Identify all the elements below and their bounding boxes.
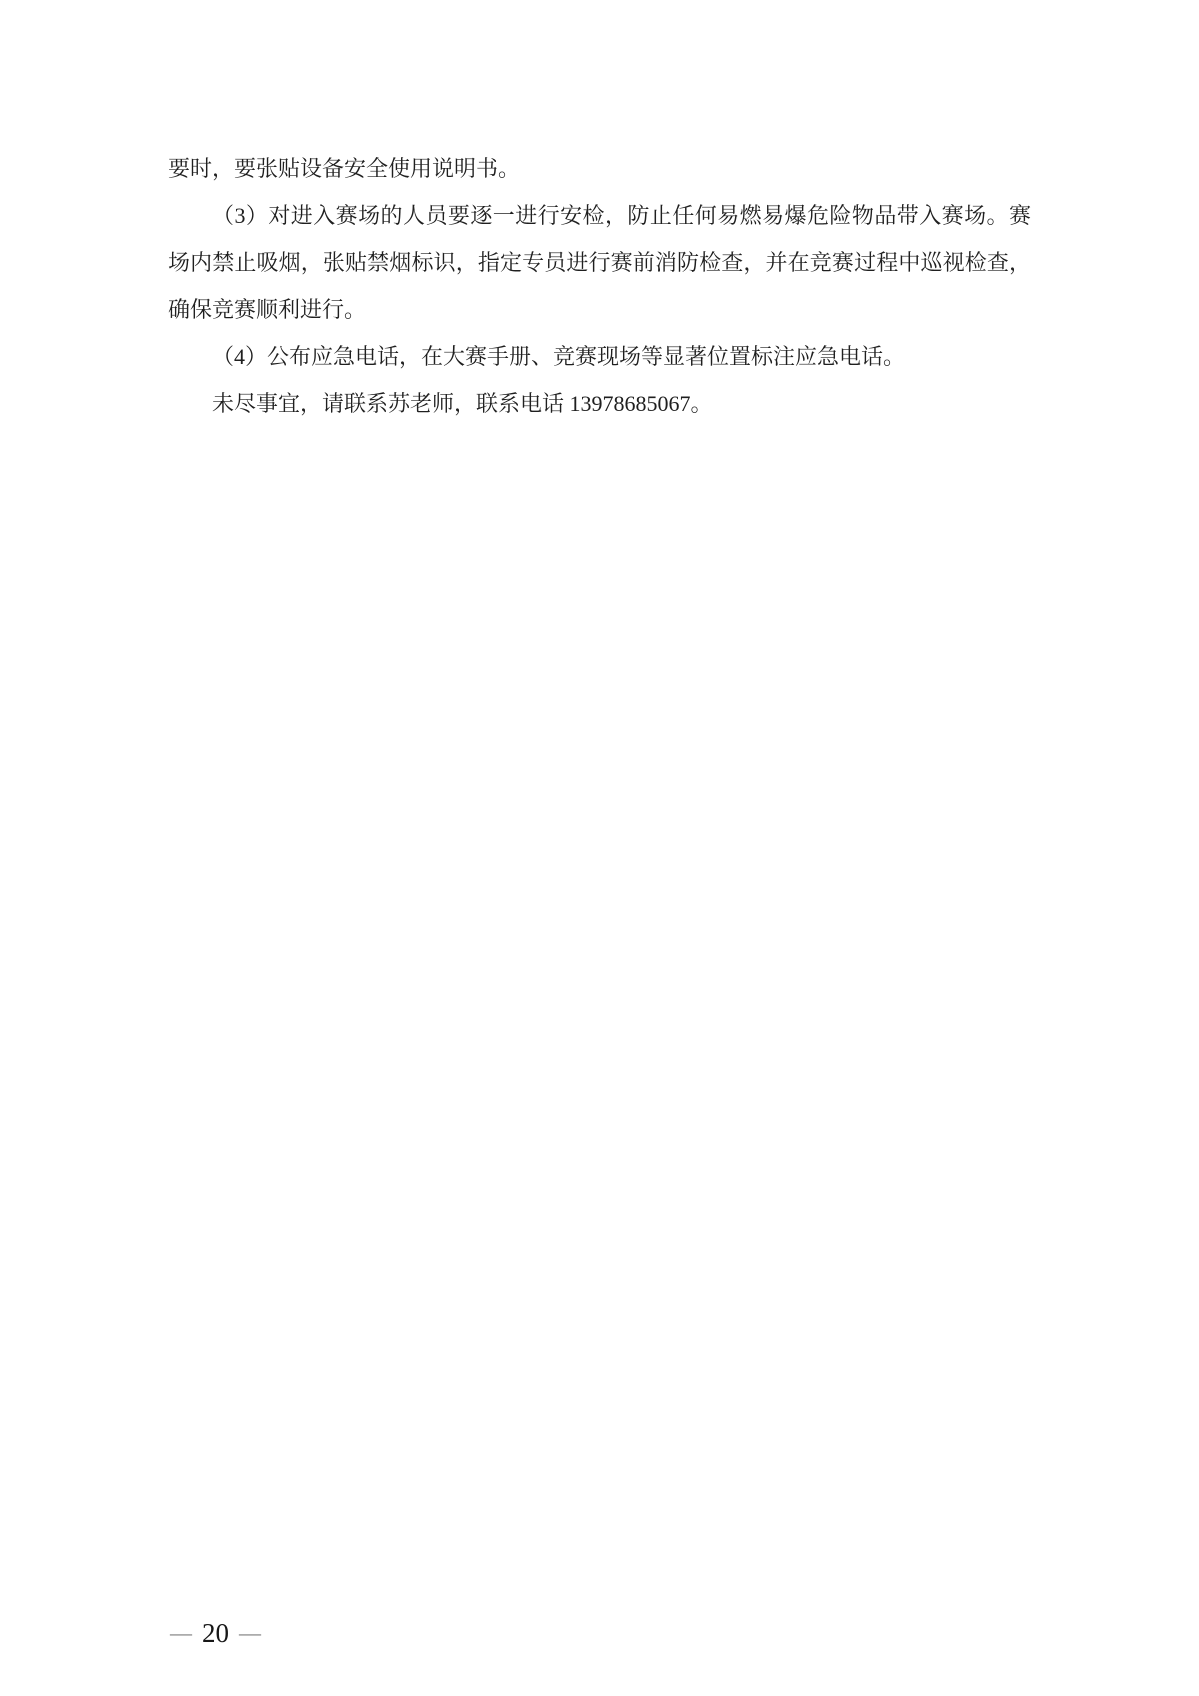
page-number-footer: — 20 — [170, 1616, 261, 1650]
document-page: 要时，要张贴设备安全使用说明书。 （3）对进入赛场的人员要逐一进行安检，防止任何… [0, 0, 1199, 1696]
page-number-right-dash: — [239, 1622, 261, 1644]
paragraph-continuation: 要时，要张贴设备安全使用说明书。 [168, 145, 1031, 192]
page-number-left-dash: — [170, 1622, 192, 1644]
paragraph-item-4: （4）公布应急电话，在大赛手册、竞赛现场等显著位置标注应急电话。 [168, 333, 1031, 380]
body-text-block: 要时，要张贴设备安全使用说明书。 （3）对进入赛场的人员要逐一进行安检，防止任何… [168, 145, 1031, 427]
paragraph-item-3: （3）对进入赛场的人员要逐一进行安检，防止任何易燃易爆危险物品带入赛场。赛场内禁… [168, 192, 1031, 333]
paragraph-contact: 未尽事宜，请联系苏老师，联系电话 13978685067。 [168, 380, 1031, 427]
page-number: 20 [202, 1620, 229, 1647]
